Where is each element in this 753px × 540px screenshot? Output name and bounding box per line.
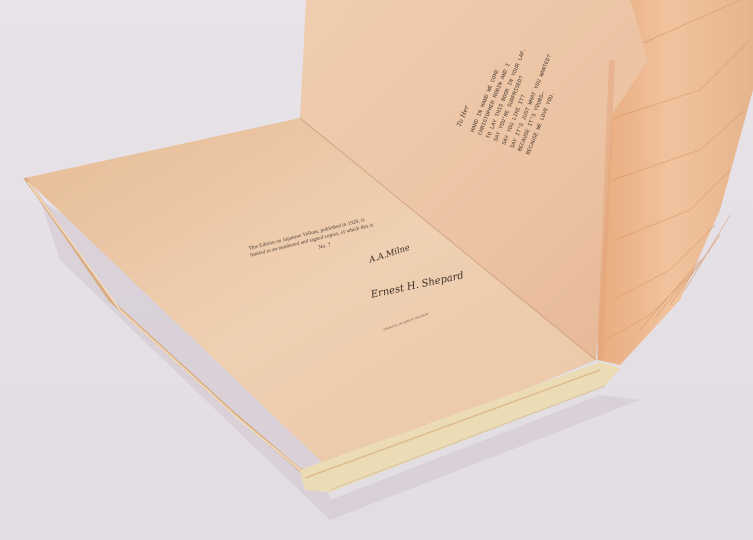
book-illustration bbox=[0, 0, 753, 540]
book-photo-scene: This Edition on Japanese Vellum, publish… bbox=[0, 0, 753, 540]
